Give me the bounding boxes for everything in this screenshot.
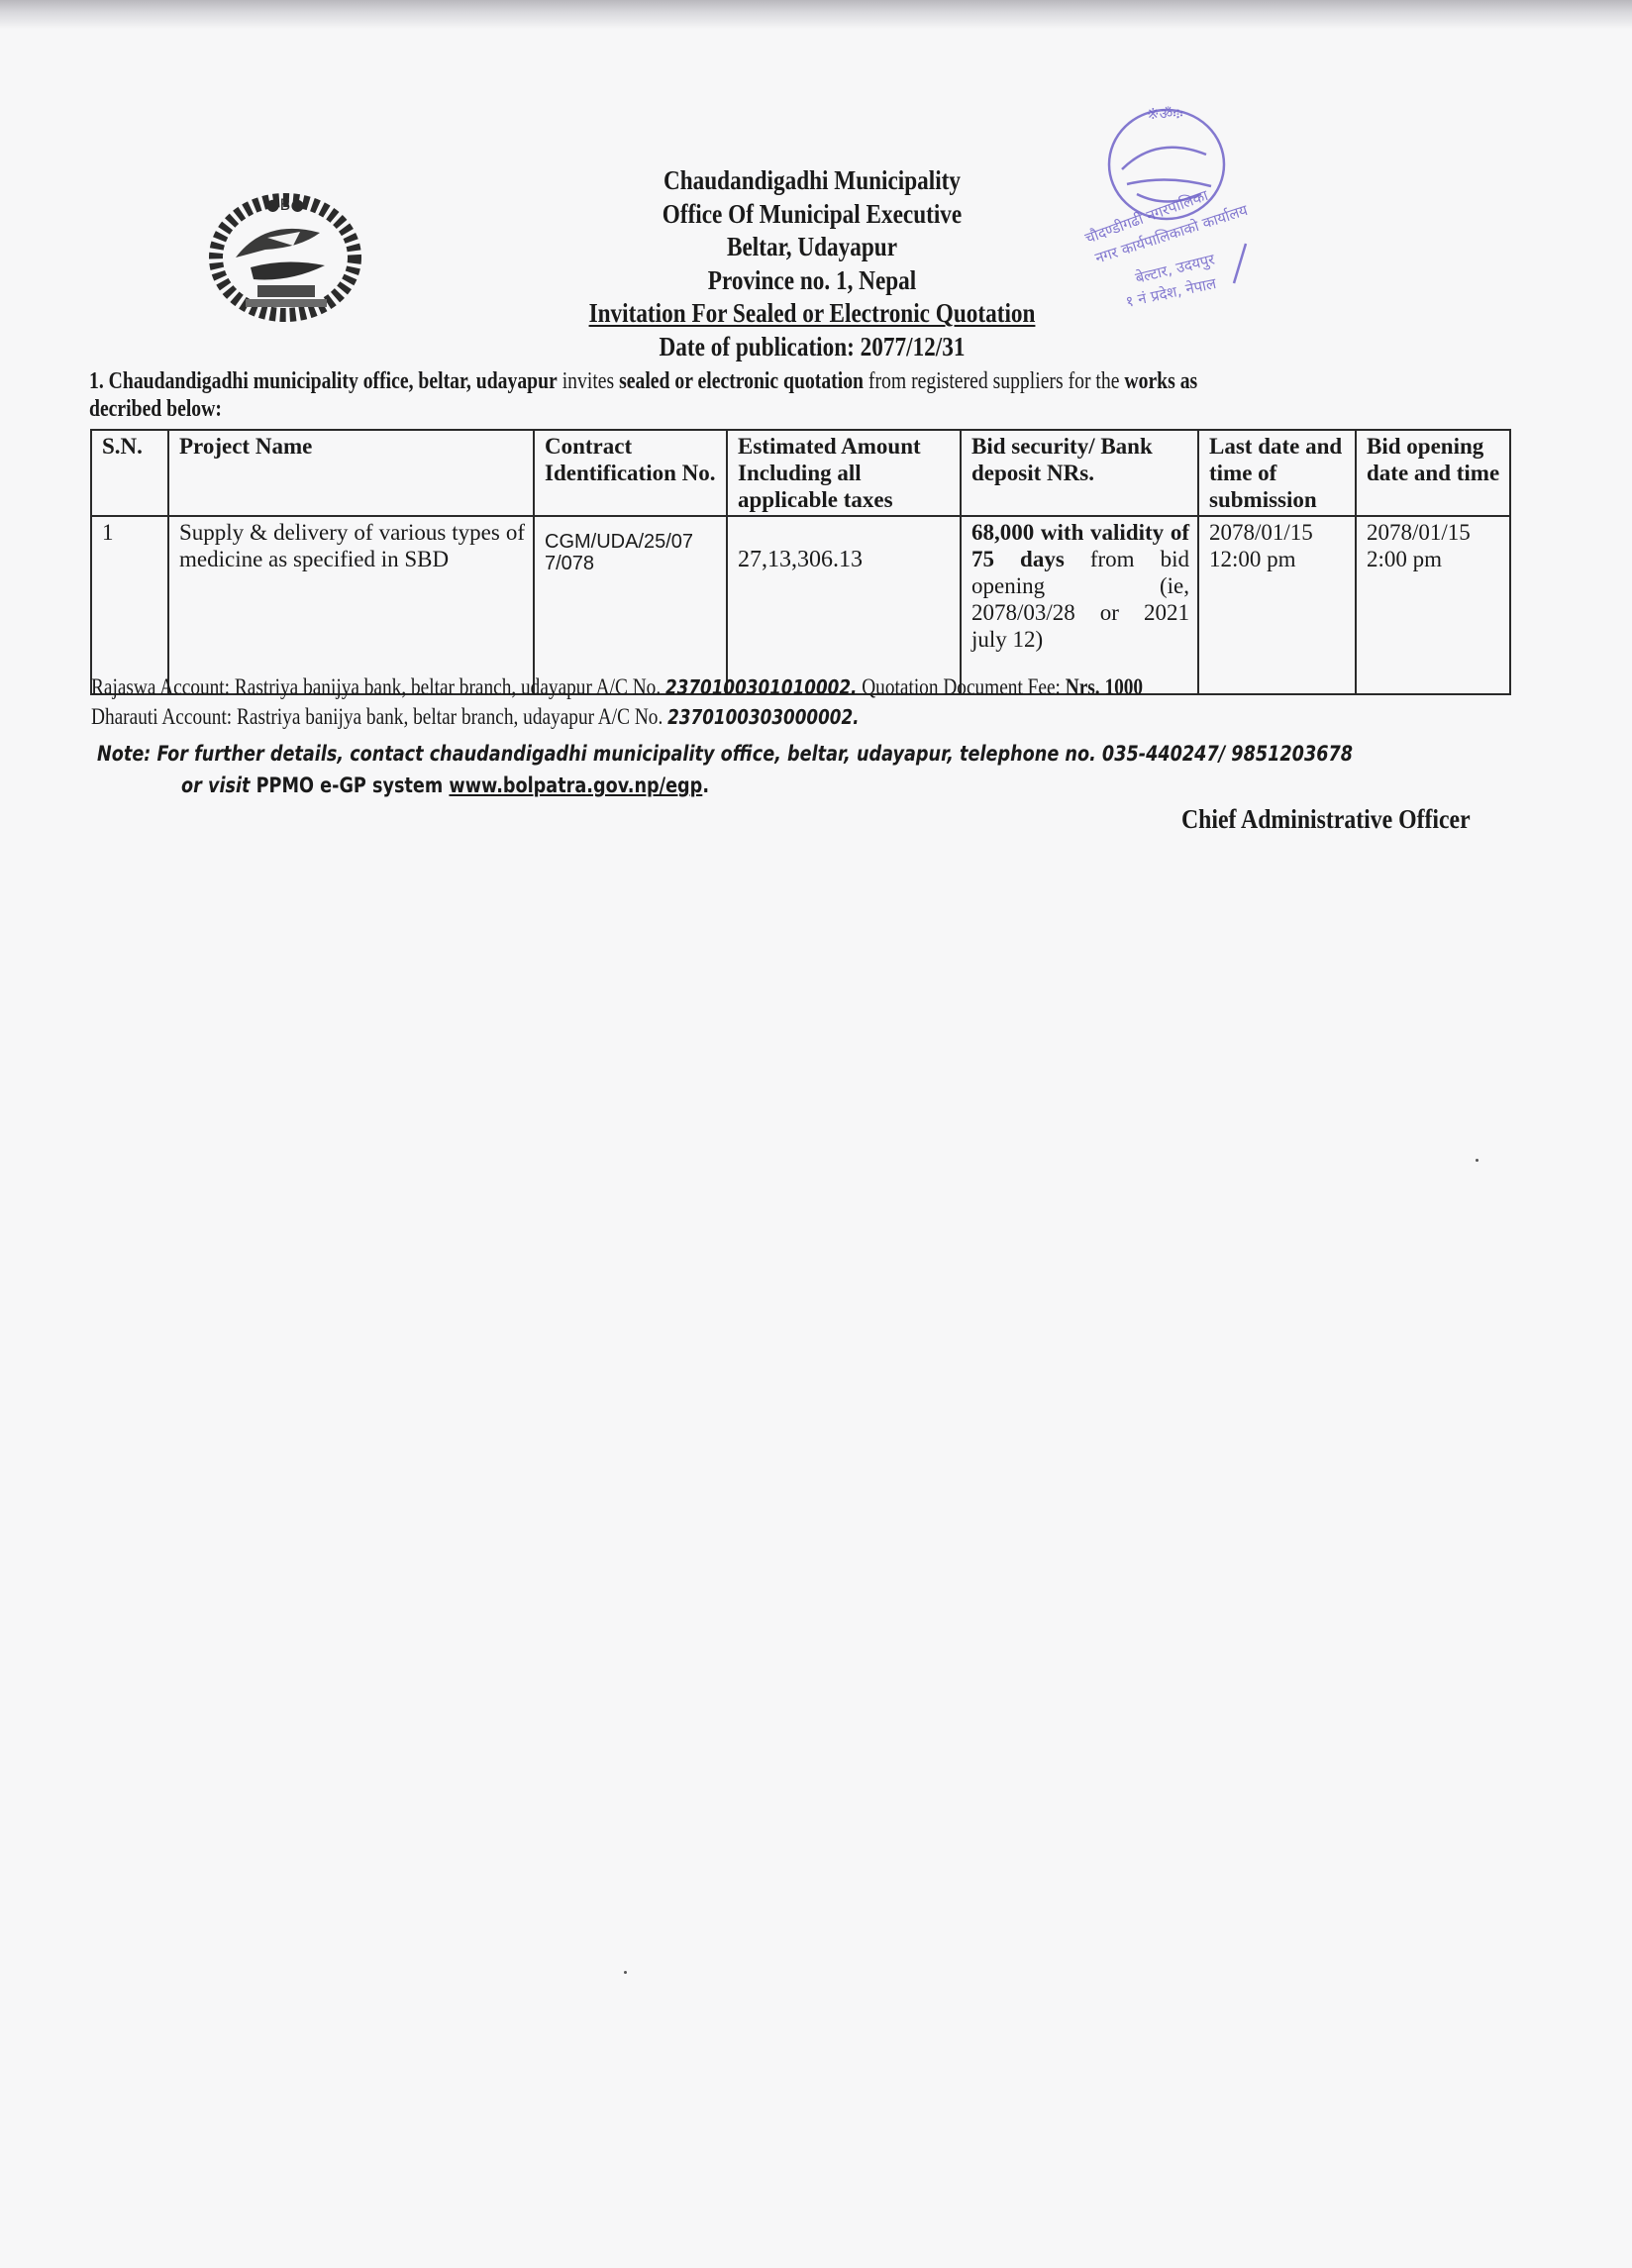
nepal-emblem-icon: ●B●: [206, 188, 364, 322]
header-contract-id: Contract Identification No.: [534, 430, 727, 516]
cell-sn: 1: [91, 516, 168, 694]
dharauti-account-number: 2370100303000002.: [667, 705, 859, 729]
municipality-name: Chaudandigadhi Municipality: [505, 164, 1118, 198]
header-last-date: Last date and time of submission: [1198, 430, 1356, 516]
intro-line-2: decribed below:: [89, 396, 1307, 423]
header-estimated-amount: Estimated Amount Including all applicabl…: [727, 430, 961, 516]
cell-project-name: Supply & delivery of various types of me…: [168, 516, 534, 694]
note-line-2: or visit PPMO e-GP system www.bolpatra.g…: [181, 771, 1512, 800]
svg-text:●B●: ●B●: [266, 195, 305, 214]
cell-contract-id: CGM/UDA/25/07 7/078: [534, 516, 727, 694]
office-location: Beltar, Udayapur: [505, 231, 1118, 264]
cell-bid-security: 68,000 with validity of 75 days from bid…: [961, 516, 1198, 694]
cell-opening-date: 2078/01/152:00 pm: [1356, 516, 1510, 694]
intro-line-1: 1. Chaudandigadhi municipality office, b…: [89, 368, 1307, 395]
document-fee: Nrs. 1000: [1066, 674, 1143, 699]
notice-title: Invitation For Sealed or Electronic Quot…: [505, 297, 1118, 331]
scan-speck: [1476, 1159, 1479, 1162]
header-bid-opening: Bid opening date and time: [1356, 430, 1510, 516]
province: Province no. 1, Nepal: [505, 264, 1118, 298]
publication-date: Date of publication: 2077/12/31: [505, 331, 1118, 364]
header-sn: S.N.: [91, 430, 168, 516]
egp-link[interactable]: www.bolpatra.gov.np/egp: [449, 773, 702, 797]
tender-table: S.N. Project Name Contract Identificatio…: [90, 429, 1511, 695]
signatory-title: Chief Administrative Officer: [1181, 804, 1471, 835]
note-line-1: Note: For further details, contact chaud…: [97, 739, 1428, 769]
scan-speck: [624, 1971, 627, 1974]
rajaswa-account-number: 2370100301010002.: [665, 675, 857, 699]
table-header-row: S.N. Project Name Contract Identificatio…: [91, 430, 1510, 516]
quotation-notice-page: ●B● ※ॐ፨ चौदण्डीगढी नगरपालिका नगर कार्यपा…: [0, 0, 1632, 2268]
rajaswa-account-line: Rajaswa Account: Rastriya banijya bank, …: [91, 673, 1422, 701]
svg-text:※ॐ፨: ※ॐ፨: [1147, 105, 1183, 123]
header-bid-security: Bid security/ Bank deposit NRs.: [961, 430, 1198, 516]
table-row: 1 Supply & delivery of various types of …: [91, 516, 1510, 694]
cell-estimated-amount: 27,13,306.13: [727, 516, 961, 694]
header-project-name: Project Name: [168, 430, 534, 516]
dharauti-account-line: Dharauti Account: Rastriya banijya bank,…: [91, 703, 1422, 731]
office-name: Office Of Municipal Executive: [505, 198, 1118, 232]
notice-header: Chaudandigadhi Municipality Office Of Mu…: [505, 164, 1118, 363]
cell-last-date: 2078/01/1512:00 pm: [1198, 516, 1356, 694]
